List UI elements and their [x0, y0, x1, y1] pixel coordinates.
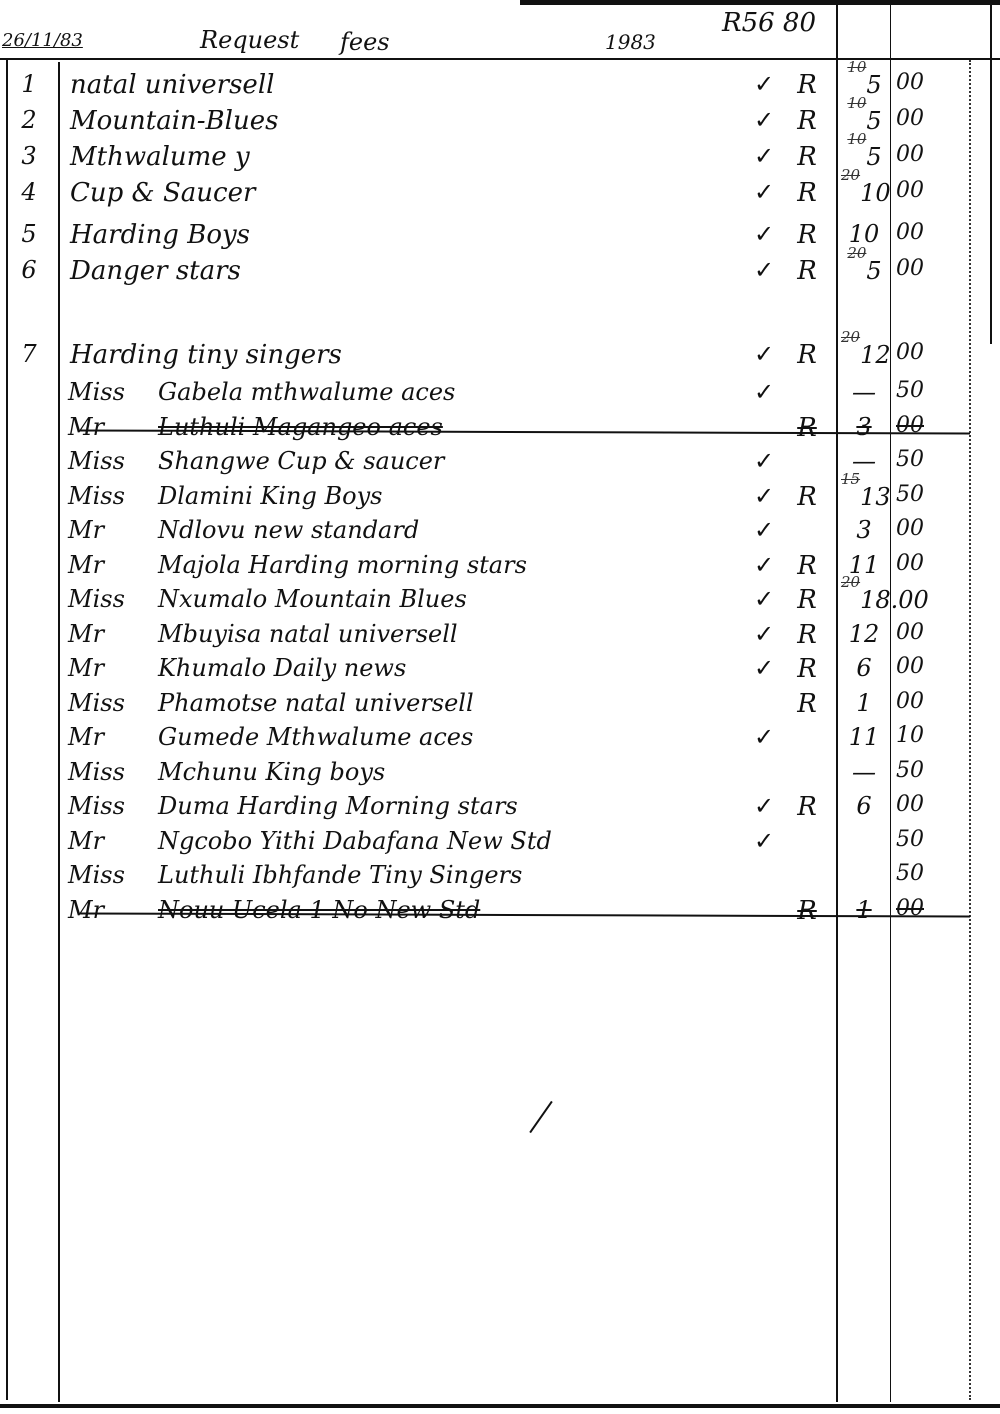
check-mark-icon: ✓ — [752, 220, 776, 248]
cent-amount: 00 — [896, 792, 956, 817]
rand-symbol: R — [792, 551, 822, 581]
rand-symbol: R — [792, 689, 822, 719]
ledger-row: MrLuthuli Magangeo acesR300 — [0, 413, 1000, 449]
rand-amount: 1 — [840, 896, 888, 924]
ledger-row: MrNouu Ucela 1 No New StdR100 — [0, 896, 1000, 932]
entry-name: Shangwe Cup & saucer — [158, 447, 444, 475]
honorific: Mr — [68, 654, 158, 682]
ledger-row: 7Harding tiny singers✓R201200 — [0, 340, 1000, 376]
check-mark-icon: ✓ — [752, 827, 776, 855]
rand-symbol: R — [792, 220, 822, 250]
rand-symbol: R — [792, 413, 822, 443]
ledger-row: MrMbuyisa natal universell✓R1200 — [0, 620, 1000, 656]
cent-amount: 00 — [896, 106, 956, 131]
ledger-row: MrNgcobo Yithi Dabafana New Std✓50 — [0, 827, 1000, 863]
cent-amount: 00 — [896, 340, 956, 365]
entry-name: Nouu Ucela 1 No New Std — [158, 896, 480, 924]
rand-amount: 3 — [840, 516, 888, 544]
struck-amount: 10 — [847, 94, 866, 112]
rand-symbol: R — [792, 106, 822, 136]
cent-amount: 00 — [896, 220, 956, 245]
ledger-row: MrKhumalo Daily news✓R600 — [0, 654, 1000, 690]
rand-symbol: R — [792, 896, 822, 926]
entry-name: Dlamini King Boys — [158, 482, 382, 510]
rand-symbol: R — [792, 70, 822, 100]
check-mark-icon: ✓ — [752, 620, 776, 648]
check-mark-icon: ✓ — [752, 792, 776, 820]
check-mark-icon: ✓ — [752, 256, 776, 284]
honorific: Mr — [68, 413, 158, 441]
cent-amount: 00 — [896, 689, 956, 714]
honorific: Mr — [68, 551, 158, 579]
honorific: Miss — [68, 861, 158, 889]
rand-symbol: R — [792, 256, 822, 286]
cent-amount: 50 — [896, 861, 956, 886]
entry-name: Harding tiny singers — [70, 340, 570, 370]
honorific: Miss — [68, 378, 158, 406]
rand-amount: 12 — [840, 620, 888, 648]
cent-amount: 00 — [896, 620, 956, 645]
honorific: Miss — [68, 447, 158, 475]
check-mark-icon: ✓ — [752, 340, 776, 368]
entry-text: MissPhamotse natal universell — [68, 689, 728, 717]
ledger-row: 4Cup & Saucer✓R201000 — [0, 178, 1000, 214]
cent-amount: 10 — [896, 723, 956, 748]
entry-name: Khumalo Daily news — [158, 654, 406, 682]
struck-amount: 10 — [847, 58, 866, 76]
entry-text: MrGumede Mthwalume aces — [68, 723, 728, 751]
struck-amount: 20 — [847, 244, 866, 262]
cent-amount: 00 — [896, 413, 956, 438]
entry-text: MissShangwe Cup & saucer — [68, 447, 728, 475]
bottom-rule — [0, 1404, 1000, 1408]
honorific: Mr — [68, 827, 158, 855]
cent-amount: 00 — [896, 256, 956, 281]
ledger-row: MissDlamini King Boys✓R151350 — [0, 482, 1000, 518]
rand-symbol: R — [792, 142, 822, 172]
header-date: 26/11/83 — [2, 30, 83, 51]
header-title: Request — [200, 26, 299, 54]
rand-amount: 2018.00 — [840, 585, 888, 614]
struck-amount: 15 — [841, 470, 860, 488]
ledger-row: MissDuma Harding Morning stars✓R600 — [0, 792, 1000, 828]
entry-name: Cup & Saucer — [70, 178, 570, 208]
entry-name: Duma Harding Morning stars — [158, 792, 518, 820]
rand-amount: 6 — [840, 792, 888, 820]
cent-amount: 50 — [896, 827, 956, 852]
entry-name: Mthwalume y — [70, 142, 570, 172]
header-year: 1983 — [605, 30, 656, 54]
row-number: 6 — [14, 256, 44, 284]
ledger-row: MissNxumalo Mountain Blues✓R2018.00 — [0, 585, 1000, 621]
honorific: Mr — [68, 516, 158, 544]
entry-text: MrLuthuli Magangeo aces — [68, 413, 728, 441]
entry-text: MrNdlovu new standard — [68, 516, 728, 544]
cent-amount: 00 — [896, 142, 956, 167]
check-mark-icon: ✓ — [752, 106, 776, 134]
entry-text: MrNouu Ucela 1 No New Std — [68, 896, 728, 924]
entry-name: Gumede Mthwalume aces — [158, 723, 473, 751]
entry-text: MissDlamini King Boys — [68, 482, 728, 510]
row-number: 5 — [14, 220, 44, 248]
entry-name: Ndlovu new standard — [158, 516, 419, 544]
header-total: R56 80 — [722, 8, 816, 38]
entry-name: Luthuli Magangeo aces — [158, 413, 443, 441]
entry-text: MissDuma Harding Morning stars — [68, 792, 728, 820]
ledger-row: MrGumede Mthwalume aces✓1110 — [0, 723, 1000, 759]
cent-amount: 00 — [896, 654, 956, 679]
check-mark-icon: ✓ — [752, 723, 776, 751]
check-mark-icon: ✓ — [752, 142, 776, 170]
cent-amount: 00 — [896, 70, 956, 95]
ledger-row: MrNdlovu new standard✓300 — [0, 516, 1000, 552]
ledger-page: 26/11/83 Request fees 1983 R56 80 1natal… — [0, 0, 1000, 1414]
cent-amount: 00 — [896, 551, 956, 576]
entry-text: MissLuthuli Ibhfande Tiny Singers — [68, 861, 728, 889]
row-number: 2 — [14, 106, 44, 134]
rand-amount: 3 — [840, 413, 888, 441]
entry-name: Luthuli Ibhfande Tiny Singers — [158, 861, 522, 889]
ledger-header: 26/11/83 Request fees 1983 R56 80 — [0, 8, 1000, 58]
entry-name: Nxumalo Mountain Blues — [158, 585, 467, 613]
check-mark-icon: ✓ — [752, 70, 776, 98]
header-subtitle: fees — [340, 28, 390, 56]
cent-amount: 00 — [896, 516, 956, 541]
rand-amount: 205 — [840, 256, 888, 285]
honorific: Mr — [68, 620, 158, 648]
rand-symbol: R — [792, 792, 822, 822]
rand-symbol: R — [792, 585, 822, 615]
rand-amount: 1513 — [840, 482, 888, 511]
struck-amount: 20 — [841, 166, 860, 184]
entry-name: Danger stars — [70, 256, 570, 286]
rand-symbol: R — [792, 620, 822, 650]
check-mark-icon: ✓ — [752, 178, 776, 206]
rand-amount: 2012 — [840, 340, 888, 369]
honorific: Mr — [68, 896, 158, 924]
entry-name: Mbuyisa natal universell — [158, 620, 458, 648]
entry-text: MissMchunu King boys — [68, 758, 728, 786]
cent-amount: 00 — [896, 178, 956, 203]
check-mark-icon: ✓ — [752, 378, 776, 406]
honorific: Mr — [68, 723, 158, 751]
struck-amount: 20 — [841, 328, 860, 346]
entry-name: Harding Boys — [70, 220, 570, 250]
rand-amount: — — [840, 378, 888, 406]
entry-text: MrNgcobo Yithi Dabafana New Std — [68, 827, 728, 855]
entry-name: Majola Harding morning stars — [158, 551, 527, 579]
cent-amount: 50 — [896, 378, 956, 403]
honorific: Miss — [68, 758, 158, 786]
entry-text: MrKhumalo Daily news — [68, 654, 728, 682]
rand-symbol: R — [792, 340, 822, 370]
rand-amount: 1 — [840, 689, 888, 717]
ledger-row: 6Danger stars✓R20500 — [0, 256, 1000, 292]
entry-name: Ngcobo Yithi Dabafana New Std — [158, 827, 552, 855]
entry-name: Gabela mthwalume aces — [158, 378, 455, 406]
cent-amount: 50 — [896, 758, 956, 783]
entry-name: Mountain-Blues — [70, 106, 570, 136]
ledger-row: MissMchunu King boys—50 — [0, 758, 1000, 794]
scan-edge — [520, 0, 1000, 5]
struck-amount: 20 — [841, 573, 860, 591]
entry-name: natal universell — [70, 70, 570, 100]
ledger-row: MissGabela mthwalume aces✓—50 — [0, 378, 1000, 414]
rand-amount: 2010 — [840, 178, 888, 207]
check-mark-icon: ✓ — [752, 654, 776, 682]
check-mark-icon: ✓ — [752, 516, 776, 544]
rand-symbol: R — [792, 482, 822, 512]
entry-text: MissNxumalo Mountain Blues — [68, 585, 728, 613]
honorific: Miss — [68, 585, 158, 613]
rand-symbol: R — [792, 654, 822, 684]
rand-amount: 6 — [840, 654, 888, 682]
row-number: 7 — [14, 340, 44, 368]
check-mark-icon: ✓ — [752, 447, 776, 475]
entry-text: MissGabela mthwalume aces — [68, 378, 728, 406]
cent-amount: 50 — [896, 447, 956, 472]
entry-text: MrMajola Harding morning stars — [68, 551, 728, 579]
stray-pen-mark — [529, 1101, 552, 1133]
rand-symbol: R — [792, 178, 822, 208]
row-number: 3 — [14, 142, 44, 170]
honorific: Miss — [68, 792, 158, 820]
honorific: Miss — [68, 689, 158, 717]
struck-amount: 10 — [847, 130, 866, 148]
cent-amount: 50 — [896, 482, 956, 507]
entry-name: Mchunu King boys — [158, 758, 385, 786]
entry-text: MrMbuyisa natal universell — [68, 620, 728, 648]
rand-amount: — — [840, 758, 888, 786]
check-mark-icon: ✓ — [752, 551, 776, 579]
ledger-row: MissPhamotse natal universellR100 — [0, 689, 1000, 725]
check-mark-icon: ✓ — [752, 482, 776, 510]
row-number: 1 — [14, 70, 44, 98]
row-number: 4 — [14, 178, 44, 206]
cent-amount: 00 — [896, 896, 956, 921]
ledger-row: MissLuthuli Ibhfande Tiny Singers50 — [0, 861, 1000, 897]
check-mark-icon: ✓ — [752, 585, 776, 613]
rand-amount: 11 — [840, 723, 888, 751]
entry-name: Phamotse natal universell — [158, 689, 474, 717]
honorific: Miss — [68, 482, 158, 510]
